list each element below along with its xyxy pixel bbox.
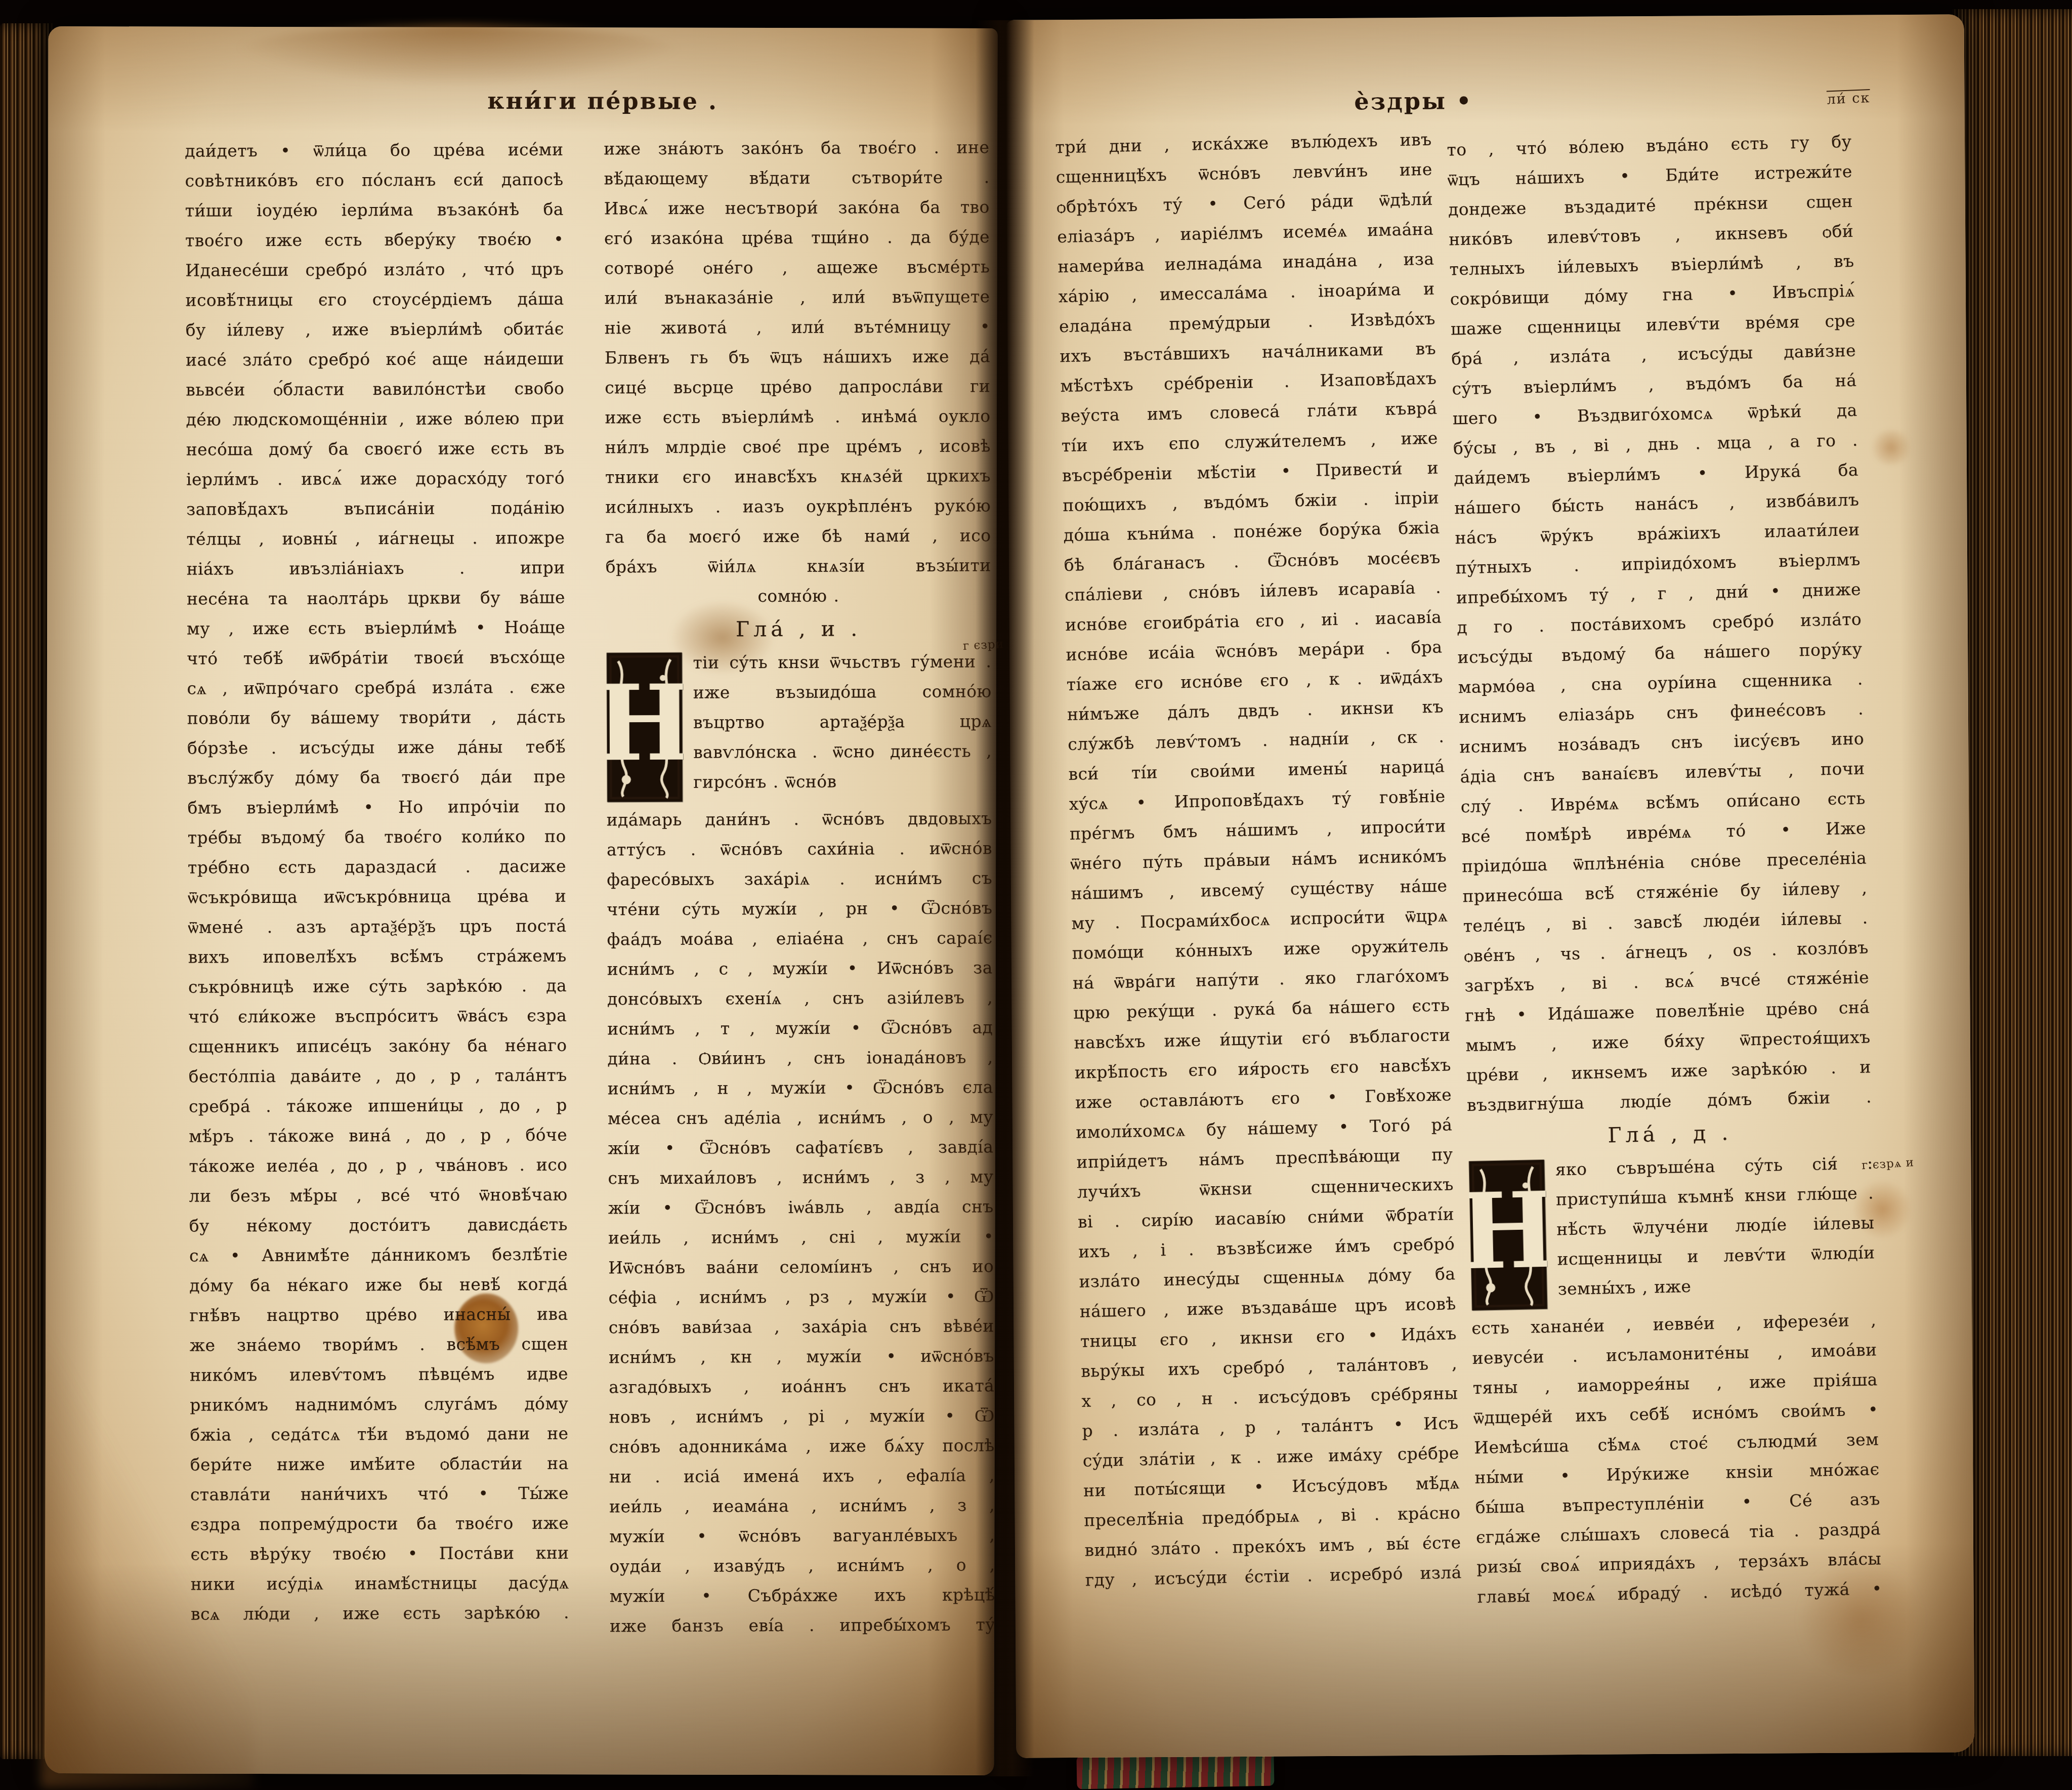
drop-cap-paragraph: Няко съвръше́на су́ть сія́ : приступи́ша… (1468, 1148, 1876, 1313)
text-line: иже єсть въіерли́мѣ . инѣма́ оукло (605, 401, 990, 432)
text-line: до́му ба не́каго иже бы невѣ́ когда́ (189, 1269, 568, 1301)
text-line: бмъ въіерли́мѣ • Но ипро́чіи по (187, 792, 566, 823)
text-line: сице́ вьсрце цре́во дапросла́ви ги (605, 371, 990, 402)
text-line: ида́марь дани́нъ . ѿсно́въ двдовыхъ (606, 803, 992, 835)
page-right: ѐздры • ли́ ск три́ дни , иска́хже вълю́… (1006, 14, 1975, 1758)
text-line: чте́ни су́ть мужі́и , рн • Ѿсно́въ (607, 893, 992, 924)
text-line: бо́рзѣе . исъсу́ды иже да́ны тебѣ́ (187, 732, 566, 763)
text-line: ти́ши іоуде́ю іерли́ма възако́нѣ ба (185, 194, 564, 226)
text-line: мѣ́ръ . та́коже вина́ , до , р , бо́че (189, 1120, 567, 1151)
text-line: тре́бно єсть дараздаси́ . дасиже (188, 851, 566, 883)
running-title-left: кни́ги пе́рвые . (487, 87, 718, 115)
text-line: та́коже иеле́а , до , р , чва́новъ . исо (189, 1150, 567, 1181)
spine-endband (1076, 1753, 1274, 1789)
text-line: вьвсе́и ѻ́бласти вавило́нстѣи свобо (186, 373, 564, 405)
text-line: бери́те ниже имѣ́ите ѻбласти́и на (190, 1448, 569, 1480)
text-line: бу іи́леву , иже въіерли́мѣ ѻбита́є (186, 314, 564, 345)
centered-line: сомно́ю . (606, 580, 991, 611)
stain (1869, 430, 1914, 466)
text-line: сно́въ вави́заа , заха́ріа снъ вѣве́и (609, 1311, 994, 1342)
gutter-shadow (976, 20, 1034, 1776)
text-line: єсть вѣру́ку твоє́ю • Поста́ви кни (190, 1538, 569, 1569)
text-line: рнико́мъ наднимо́мъ слуга́мъ до́му (190, 1389, 568, 1420)
text-line: ли безъ мѣ́ры , все́ что́ ѿновѣ́чаю (189, 1180, 567, 1211)
text-line: єздра попрему́дрости ба твоє́го иже (190, 1508, 569, 1539)
text-line: Ивсѧ́ иже несътвори́ зако́на ба тво (604, 192, 990, 223)
text-line: іерли́мъ . ивсѧ́ иже дорасхо́ду того́ (186, 463, 565, 494)
text-line: или́ вънаказа́ніе , или́ въѿпущете (604, 281, 990, 313)
drop-cap-text: тіи су́ть кнѕи ѿчьствъ гу́мени . иже въз… (693, 651, 992, 792)
text-line: новъ , исни́мъ , рі , мужі́и • Ѿ (609, 1400, 994, 1432)
svg-text:Н: Н (1468, 1168, 1548, 1293)
text-line: жі́и • Ѿсно́въ іѡа́вль , авді́а снъ (608, 1191, 994, 1223)
text-line: ніе живота́ , или́ въте́мницу • (605, 311, 990, 343)
text-line: исни́мъ , н , мужі́и • Ѿсно́въ єла (608, 1072, 993, 1103)
text-line: сѧ , иѿпро́чаго сребра́ изла́та . єже (187, 672, 565, 703)
text-line: иже банзъ еві́а . ипребы́хомъ ту́ (610, 1609, 995, 1641)
svg-text:Н: Н (606, 661, 683, 784)
text-line: єго́ изако́на цре́ва тщи́но . да бу́де (604, 222, 990, 253)
text-line: ѿсъкро́вища иѿсъкро́вница цре́ва и (188, 881, 566, 912)
text-line: ставла́ти нани́чихъ что́ • Ты́же (190, 1478, 569, 1510)
text-line: иже зна́ютъ зако́нъ ба твоє́го . ине (604, 132, 989, 163)
text-line: бра́хъ ѿіи́лѧ кнѧзі́и възы́ити (605, 550, 991, 581)
drop-cap-text: яко съвръше́на су́ть сія́ : приступи́ша … (1555, 1153, 1875, 1299)
right-page-column-1: три́ дни , иска́хже вълю́дехъ ивъсщенниц… (1055, 124, 1462, 1595)
text-line: ніа́хъ ивъзліа́ніахъ . ипри (186, 553, 565, 584)
text-line: ни . исіа́ имена́ ихъ , ефалі́а , (609, 1460, 995, 1491)
text-line: что́ єли́коже въспро́ситъ ѿва́съ єзра (188, 1001, 567, 1032)
text-line: несе́на та наѻлта́рь цркви бу ва́ше (187, 582, 565, 614)
text-line: се́фіа , исни́мъ , рз , мужі́и • Ѿ (608, 1281, 994, 1312)
text-line: донсо́выхъ єхені́ѧ , снъ азіи́левъ , (607, 982, 993, 1014)
text-line: ники ису́діѧ инамѣ́стницы дасу́дѧ (191, 1568, 569, 1599)
text-line: ни́лъ млрдіе своє́ пре цре́мъ , исовѣ (605, 431, 991, 462)
text-line: исни́мъ , с , мужі́и • Иѿсно́въ за (607, 952, 993, 984)
text-line: твоє́го иже єсть вберу́ку твоє́ю • (185, 224, 564, 256)
left-page-column-1: даи́детъ • ѿли́ца бо цре́ва исе́мисовѣтн… (185, 135, 569, 1629)
right-page-column-2: то , что́ во́лею въда́но єсть гу буѿцъ н… (1447, 127, 1882, 1612)
text-line: сно́въ адонника́ма , иже бѧ́ху послѣ (609, 1430, 994, 1462)
page-left: кни́ги пе́рвые . даи́детъ • ѿли́ца бо цр… (45, 26, 997, 1775)
text-line: оуда́и , изаву́дъ , исни́мъ , о , (609, 1550, 995, 1581)
text-line: атту́съ . ѿсно́въ сахи́ніа . иѿсно́в (607, 833, 992, 864)
text-line: даи́детъ • ѿли́ца бо цре́ва исе́ми (185, 135, 563, 166)
text-line: вихъ иповелѣ́хъ всѣ́мъ стра́жемъ (188, 941, 567, 972)
text-line: же зна́емо твори́мъ . всѣ́мъ сщен (190, 1329, 568, 1360)
text-line: заповѣ́дахъ въписа́ніи пода́нію (186, 493, 565, 524)
text-line: исни́мъ , кн , мужі́и • иѿсно́въ (609, 1341, 994, 1372)
running-title-right: ѐздры • (1354, 87, 1472, 115)
text-line: иеи́ль , иеама́на , исни́мъ , з , (609, 1490, 995, 1521)
text-line: те́лцы , иѻвны́ , иа́гнецы . ипожре (186, 523, 565, 554)
folio-signature: ли́ ск (1827, 90, 1871, 107)
text-line: ѿмене́ . азъ артаѯе́рѯъ цръ поста́ (188, 911, 566, 942)
text-line: Иданесе́ши сребро́ изла́то , что́ цръ (185, 254, 564, 285)
text-line: тники єго инавсѣ́хъ кнѧзе́й цркихъ (605, 461, 991, 492)
text-line: жі́и • Ѿсно́въ сафаті́євъ , завді́а (608, 1132, 993, 1163)
folio-signature-text: ли́ ск (1827, 90, 1871, 107)
text-line: га ба моєго́ иже бѣ нами́ , исо (605, 520, 991, 552)
book-left-page-edges (0, 23, 53, 1759)
text-line: фаа́дъ моа́ва , еліае́на , снъ сараі́є (607, 923, 992, 954)
text-line: исовѣ́тницы єго стоусе́рдіемъ да́ша (185, 284, 564, 315)
book-spread: кни́ги пе́рвые . даи́детъ • ѿли́ца бо цр… (0, 0, 2072, 1790)
text-line: ди́на . Ѻви́инъ , снъ іонада́новъ , (607, 1042, 993, 1073)
text-line: де́ю людскомоще́нніи , иже во́лею при (186, 403, 564, 435)
text-line: въслу́жбу до́му ба твоєго́ да́и пре (187, 762, 566, 793)
text-line: бу не́кому досто́итъ дависда́єть (189, 1210, 568, 1241)
text-line: фаресо́выхъ заха́ріѧ . исни́мъ съ (607, 863, 992, 894)
text-line: тре́бы въдому́ ба твоє́го коли́ко по (188, 821, 566, 853)
text-line: мужі́и • ѿсно́въ вагуанле́выхъ , (609, 1520, 995, 1551)
stain (230, 24, 686, 86)
text-line: сѧ • Авнимѣ́те да́нникомъ безлѣ́тіе (189, 1239, 568, 1271)
text-line: съкро́вницѣ иже су́ть зарѣко́ю . да (188, 971, 567, 1002)
text-line: бесто́лпіа дава́ите , до , р , тала́нтъ (189, 1060, 567, 1092)
text-line: сотворе́ ѻне́го , ащеже въсме́рть (604, 252, 990, 283)
text-line: нико́мъ илевѵ́томъ пѣвце́мъ идве (190, 1359, 568, 1390)
text-line: снъ михаи́ловъ , исни́мъ , з , му (608, 1161, 993, 1193)
text-line: что́ тебѣ́ иѿбра́тіи твоєи́ въсхо́ще (187, 642, 565, 674)
left-page-column-2: иже зна́ютъ зако́нъ ба твоє́го . иневѣ́д… (604, 132, 995, 1641)
margin-note-right: г єзрѧ и (1862, 1156, 1915, 1172)
text-line: мужі́и • Събра́хже ихъ крѣцѣ́ (610, 1579, 995, 1611)
text-line: иеи́ль , исни́мъ , сні , мужі́и • (608, 1221, 994, 1253)
text-line: всѧ лю́ди , иже єсть зарѣко́ю . (191, 1598, 569, 1629)
text-line: несо́ша дому́ ба своєго́ иже єсть въ (186, 433, 565, 465)
text-line: сребра́ . та́коже ипшени́цы , до , р (189, 1090, 567, 1121)
text-line: Блвенъ гь бъ ѿцъ на́шихъ иже да́ (605, 341, 990, 372)
text-line: бжіа , седа́тсѧ тѣ́и въдомо́ дани не (190, 1419, 568, 1450)
text-line: вѣ́дающему вѣ́дати сътвори́те . (604, 162, 989, 193)
ornate-initial-icon: Н (606, 652, 683, 803)
text-line: азгадо́выхъ , иоа́ннъ снъ иката́ (609, 1370, 994, 1402)
text-line: ме́сеа снъ аде́ліа , исни́мъ , о , му (608, 1102, 993, 1133)
text-line: иси́лныхъ . иазъ оукрѣпле́нъ руко́ю (605, 490, 991, 522)
text-line: сщенникъ иписе́цъ зако́ну ба не́наго (188, 1030, 567, 1062)
text-line: гнѣ́въ нацртво цре́во инасны́ ива (189, 1299, 568, 1330)
text-line: исни́мъ , т , мужі́и • Ѿсно́въ ад (607, 1012, 993, 1044)
text-line: му , иже єсть въіерли́мѣ • Ноа́ще (187, 612, 565, 644)
text-line: Иѿсно́въ ваа́ни селомі́инъ , снъ ио (608, 1251, 994, 1282)
drop-cap-paragraph: Нтіи су́ть кнѕи ѿчьствъ гу́мени . иже въ… (606, 646, 992, 805)
text-line: пово́ли бу ва́шему твори́ти , да́сть (187, 702, 566, 733)
text-line: совѣтнико́въ єго по́сланъ єси́ дапосѣ (185, 164, 563, 196)
text-line: иасе́ зла́то сребро́ коє́ аще на́идеши (186, 344, 564, 375)
chapter-heading: Гла́ , и . (606, 610, 991, 648)
ornate-initial-icon: Н (1468, 1159, 1548, 1311)
